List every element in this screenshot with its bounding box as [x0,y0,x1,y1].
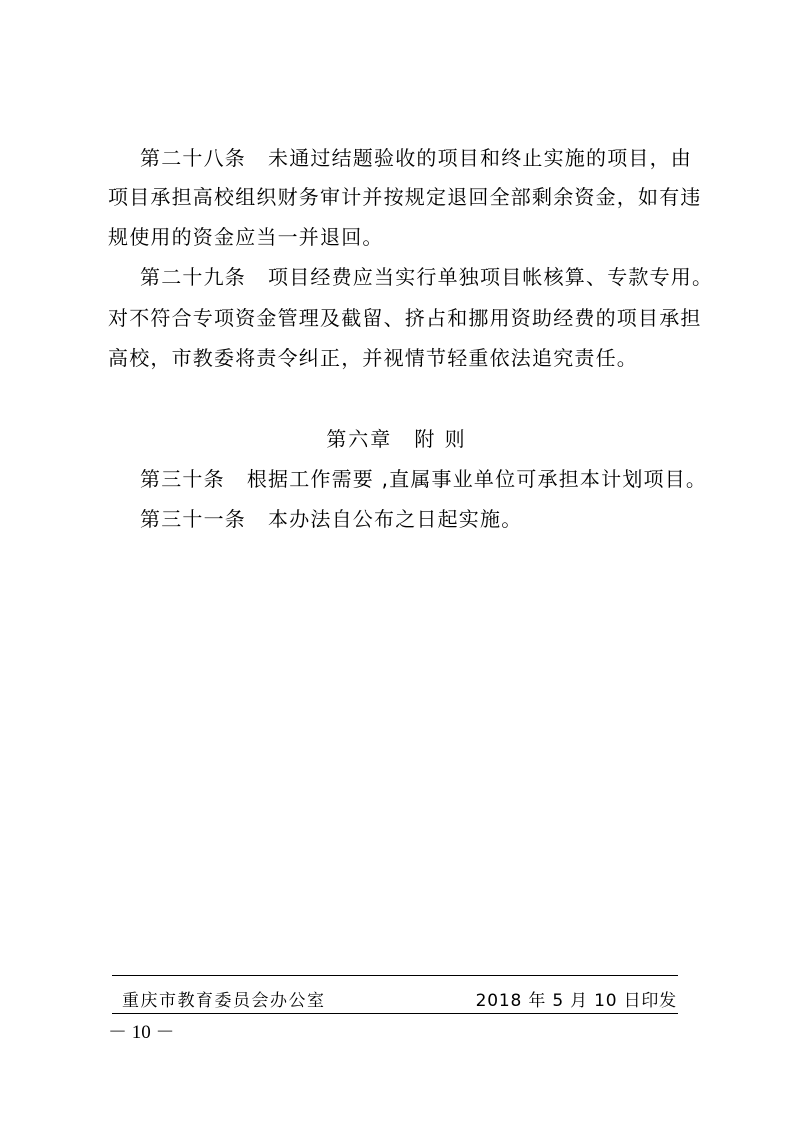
article-29-line-2: 对不符合专项资金管理及截留、挤占和挪用资助经费的项目承担 [108,306,693,330]
footer-bottom-rule [112,1013,678,1014]
article-30-number: 第三十条 [140,467,225,491]
chapter-number: 第六章 [326,427,392,451]
page-number: － 10 － [108,1017,175,1044]
article-30: 第三十条根据工作需要 ,直属事业单位可承担本计划项目。 [140,467,725,491]
article-31-number: 第三十一条 [140,507,246,531]
article-29-line-3: 高校，市教委将责令纠正，并视情节轻重依法追究责任。 [108,346,693,370]
article-28-number: 第二十八条 [140,146,246,170]
article-29-number: 第二十九条 [140,265,246,289]
article-28-line-2: 项目承担高校组织财务审计并按规定退回全部剩余资金，如有违 [108,185,693,209]
chapter-heading: 第六章附 则 [0,427,793,451]
footer-issuer: 重庆市教育委员会办公室 [122,986,326,1011]
article-29-line-1: 第二十九条项目经费应当实行单独项目帐核算、专款专用。 [140,265,725,289]
article-31: 第三十一条本办法自公布之日起实施。 [140,507,725,531]
footer-date: 2018 年 5 月 10 日印发 [476,986,677,1011]
article-28-line-3: 规使用的资金应当一并退回。 [108,225,693,249]
footer-top-rule [112,975,678,976]
chapter-name: 附 则 [414,427,466,451]
article-28-line-1: 第二十八条未通过结题验收的项目和终止实施的项目，由 [140,146,725,170]
